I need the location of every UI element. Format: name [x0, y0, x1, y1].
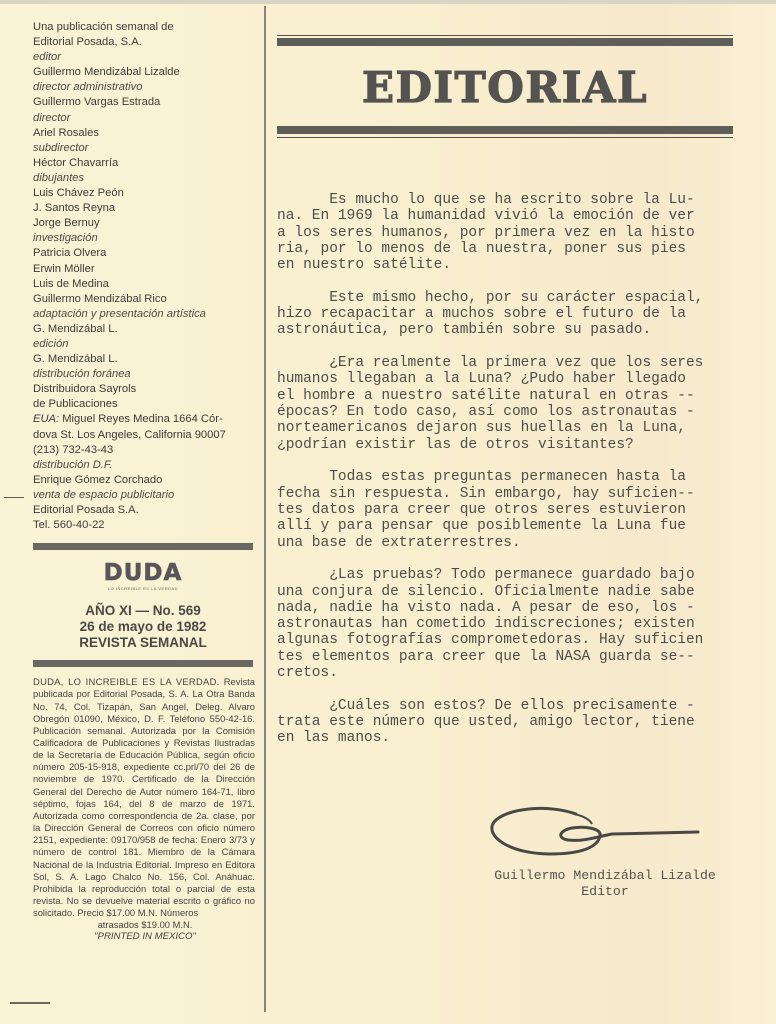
credit-role: dibujantes [33, 171, 257, 186]
back-issue-price: atrasados $19.00 M.N. [33, 919, 257, 931]
issue-date: 26 de mayo de 1982 [33, 619, 253, 635]
masthead-divider-bar [33, 660, 253, 667]
print-mark [10, 1002, 50, 1004]
credit-line: Tel. 560-40-22 [33, 518, 257, 533]
credit-line: Distribuidora Sayrols [33, 382, 257, 397]
issue-number: AÑO XI — No. 569 [33, 603, 253, 619]
credit-line: Editorial Posada, S.A. [33, 35, 257, 50]
credit-line: Editorial Posada S.A. [33, 503, 257, 518]
editorial-paragraph: ¿Las pruebas? Todo permanece guardado ba… [277, 567, 752, 681]
credit-line: EUA: Miguel Reyes Medina 1664 Cór- [33, 412, 257, 427]
credit-line: G. Mendizábal L. [33, 352, 257, 367]
editorial-header: EDITORIAL [277, 35, 733, 138]
credit-line: Enrique Gómez Corchado [33, 473, 257, 488]
credit-role: editor [33, 50, 257, 65]
legal-body: Revista publicada por Editorial Posada, … [33, 676, 255, 918]
credit-role: director [33, 111, 257, 126]
credit-line: Patricia Olvera [33, 246, 257, 261]
credit-line: Luis Chávez Peón [33, 186, 257, 201]
print-mark [4, 497, 24, 498]
credit-role: subdirector [33, 141, 257, 156]
credit-line: de Publicaciones [33, 397, 257, 412]
credit-line: Guillermo Mendizábal Rico [33, 292, 257, 307]
magazine-masthead: DUDA LO INCREIBLE ES LA VERDAD AÑO XI — … [33, 561, 253, 651]
credit-line: Jorge Bernuy [33, 216, 257, 231]
editorial-paragraph: Es mucho lo que se ha escrito sobre la L… [277, 192, 752, 273]
credit-line: Ariel Rosales [33, 126, 257, 141]
credit-line: Luis de Medina [33, 277, 257, 292]
legal-notice: DUDA, LO INCREIBLE ES LA VERDAD. Revista… [33, 676, 255, 919]
credit-role: distribución D.F. [33, 458, 257, 473]
credit-line: Héctor Chavarría [33, 156, 257, 171]
credit-role: investigación [33, 231, 257, 246]
credit-line: Una publicación semanal de [33, 20, 257, 35]
editorial-paragraph: ¿Cuáles son estos? De ellos precisamente… [277, 698, 752, 747]
signature-icon [488, 806, 703, 858]
page-top-edge [0, 0, 776, 4]
signer-title: Editor [440, 884, 770, 900]
credit-line: dova St. Los Angeles, California 90007 [33, 428, 257, 443]
header-rule-thick [277, 38, 733, 46]
column-divider [264, 6, 266, 1012]
credit-role: venta de espacio publicitario [33, 488, 257, 503]
masthead-divider-bar [33, 543, 253, 550]
credit-line: Erwin Möller [33, 262, 257, 277]
credit-line: Guillermo Mendizábal Lizalde [33, 65, 257, 80]
logo-tagline: LO INCREIBLE ES LA VERDAD [33, 586, 253, 591]
credit-role: edición [33, 337, 257, 352]
editorial-paragraph: ¿Era realmente la primera vez que los se… [277, 355, 752, 453]
credit-role: distribución foránea [33, 367, 257, 382]
editorial-body: Es mucho lo que se ha escrito sobre la L… [277, 192, 752, 763]
editorial-paragraph: Este mismo hecho, por su carácter espaci… [277, 290, 752, 339]
header-rule-thin [277, 35, 733, 36]
editorial-title: EDITORIAL [277, 63, 733, 113]
duda-logo: DUDA [33, 561, 253, 585]
header-rule-thin [277, 137, 733, 138]
legal-heading: DUDA, LO INCREIBLE ES LA VERDAD. [33, 676, 220, 687]
credit-line: G. Mendizábal L. [33, 322, 257, 337]
signer-name: Guillermo Mendizábal Lizalde [440, 868, 770, 884]
masthead-column: Una publicación semanal deEditorial Posa… [33, 20, 257, 943]
credit-line: Guillermo Vargas Estrada [33, 95, 257, 110]
credit-line: (213) 732-43-43 [33, 443, 257, 458]
credit-region-label: EUA: [33, 413, 59, 425]
publication-frequency: REVISTA SEMANAL [33, 635, 253, 651]
credit-role: director administrativo [33, 80, 257, 95]
credit-line: J. Santos Reyna [33, 201, 257, 216]
editorial-paragraph: Todas estas preguntas permanecen hasta l… [277, 469, 752, 550]
header-rule-thick [277, 126, 733, 134]
credit-role: adaptación y presentación artística [33, 307, 257, 322]
printed-in-mexico: "PRINTED IN MEXICO" [33, 931, 257, 943]
staff-credits: Una publicación semanal deEditorial Posa… [33, 20, 257, 533]
editorial-signoff: Guillermo Mendizábal Lizalde Editor [440, 868, 770, 899]
